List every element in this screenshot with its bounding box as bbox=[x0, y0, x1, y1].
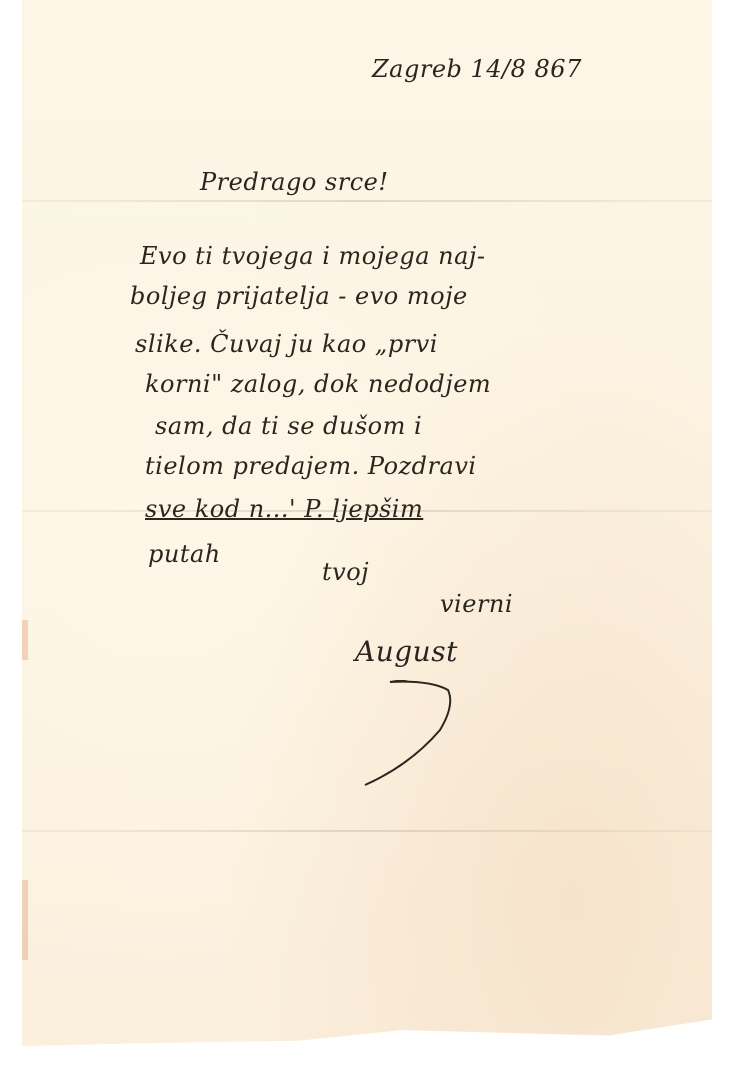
salutation: Predrago srce! bbox=[200, 168, 389, 196]
place-date: Zagreb 14/8 867 bbox=[372, 55, 582, 83]
body-line: sam, da ti se dušom i bbox=[155, 412, 422, 440]
body-line: sve kod n...' P. ljepšim bbox=[145, 495, 423, 523]
body-line: putah bbox=[148, 540, 221, 568]
signature-flourish-icon bbox=[360, 680, 480, 800]
body-line: Evo ti tvojega i mojega naj- bbox=[140, 242, 485, 270]
paper-fold bbox=[22, 200, 712, 202]
signature: August bbox=[355, 635, 458, 668]
body-line: slike. Čuvaj ju kao „prvi bbox=[135, 330, 438, 358]
body-line: korni" zalog, dok nedodjem bbox=[145, 370, 491, 398]
closing-vierni: vierni bbox=[440, 590, 513, 618]
body-line: boljeg prijatelja - evo moje bbox=[130, 282, 468, 310]
paper-fold bbox=[22, 830, 712, 832]
edge-stain bbox=[22, 620, 28, 660]
closing-tvoj: tvoj bbox=[322, 558, 369, 586]
body-line: tielom predajem. Pozdravi bbox=[145, 452, 477, 480]
letter-paper bbox=[22, 0, 712, 1062]
edge-stain bbox=[22, 880, 28, 960]
